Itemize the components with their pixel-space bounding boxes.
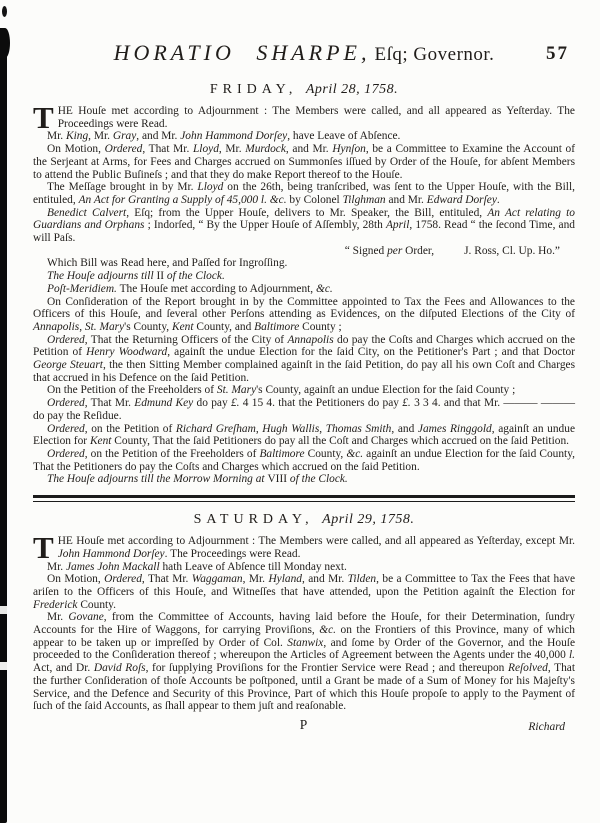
text-run: An Act for Granting a Supply of 45,000 l… (79, 194, 287, 206)
text-run: The Meſſage brought in by Mr. (47, 181, 197, 193)
text-run: , Mr. (88, 130, 113, 142)
catchword: Richard (528, 721, 565, 733)
committee-tax-fees: On Motion, Ordered, That Mr. Waggaman, M… (33, 573, 575, 611)
text-run: St. Mary (85, 321, 124, 333)
text-run: l. (569, 649, 575, 661)
text-run: , and Mr. (302, 573, 348, 585)
text-run: Frederick (33, 599, 77, 611)
text-run: Annapolis (33, 321, 79, 333)
order-baltimore-county: Ordered, on the Petition of the Freehold… (33, 448, 575, 473)
text-run: Lloyd (193, 143, 219, 155)
scan-gutter-shadow (0, 30, 7, 823)
text-run: , on the Petition of the Freeholders of (85, 448, 260, 460)
order-kent-county: Ordered, on the Petition of Richard Greſ… (33, 423, 575, 448)
text-run: 4 15 4. that the Petitioners do pay (239, 397, 402, 409)
text-run: Kent (172, 321, 194, 333)
page-number: 57 (546, 43, 569, 65)
text-run: John Hammond Dorſey (58, 548, 165, 560)
text-run: 's County, (124, 321, 172, 333)
text-run: Baltimore (254, 321, 299, 333)
text-run: Annapolis (287, 334, 333, 346)
governor-name: HORATIO SHARPE, (114, 40, 371, 65)
scan-ink-blot (0, 28, 10, 58)
text-run: Govane (68, 611, 103, 623)
text-run: , That Mr. (142, 143, 193, 155)
order-edmund-key: Ordered, That Mr. Edmund Key do pay £. 4… (33, 397, 575, 422)
text-run: , on the Petition of (85, 423, 176, 435)
calvert-bill-delivery: Benedict Calvert, Eſq; from the Upper Ho… (33, 207, 575, 245)
text-run: David Roſs (94, 662, 146, 674)
text-run: On Conſideration of the Report brought i… (33, 296, 575, 321)
text-run: , Eſq; from the Upper Houſe, delivers to… (126, 207, 487, 219)
text-run: ; Indorſed, “ By the Upper Houſe of Aſſe… (144, 219, 385, 231)
document-page: HORATIO SHARPE,Eſq; Governor. 57 FRIDAY,… (0, 0, 600, 823)
text-run: County. (77, 599, 116, 611)
text-run: 's County, againſt an undue Election for… (256, 384, 515, 396)
text-run: Henry Woodward (86, 346, 167, 358)
mackall-leave: Mr. James John Mackall hath Leave of Abſ… (33, 561, 575, 574)
text-run: April (386, 219, 409, 231)
text-run: Mr. (47, 561, 66, 573)
text-run: Thomas Smith (326, 423, 392, 435)
text-run: , That the Returning Officers of the Cit… (85, 334, 288, 346)
message-upper-house: The Meſſage brought in by Mr. Lloyd on t… (33, 181, 575, 206)
signature-mark: P (33, 717, 575, 733)
text-run: Ordered (47, 448, 85, 460)
opening-paragraph: THE Houſe met according to Adjournment :… (33, 535, 575, 560)
text-run: J. Ross, Cl. Up. Ho.” (464, 245, 560, 257)
text-run: George Steuart (33, 359, 103, 371)
text-run: County, (305, 448, 347, 460)
text-run: James John Mackall (66, 561, 160, 573)
committee-serjeant-accounts: On Motion, Ordered, That Mr. Lloyd, Mr. … (33, 143, 575, 181)
text-run: Benedict Calvert (47, 207, 126, 219)
text-run: of the Clock. (164, 270, 225, 282)
adjourn-till-two: The Houſe adjourns till II of the Clock. (33, 270, 575, 283)
text-run: Reſolved (508, 662, 548, 674)
section-divider-rule (33, 495, 575, 502)
text-run: Hyland (268, 573, 302, 585)
text-run: Baltimore (259, 448, 304, 460)
text-run: Ordered (47, 397, 85, 409)
text-run: John Hammond Dorſey (180, 130, 287, 142)
day-heading-saturday: SATURDAY, April 29, 1758. (33, 512, 575, 528)
day-name: SATURDAY, (194, 512, 314, 527)
text-run: , That Mr. (142, 573, 192, 585)
text-run: Murdock (245, 143, 286, 155)
text-run: HE Houſe met according to Adjournment : … (58, 535, 575, 547)
text-run: , have Leave of Abſence. (287, 130, 400, 142)
saturday-body: THE Houſe met according to Adjournment :… (33, 535, 575, 713)
text-run: do pay (193, 397, 231, 409)
text-run: &c. (319, 624, 336, 636)
text-run: of the Clock. (287, 473, 348, 485)
text-run: , Mr. (243, 573, 269, 585)
text-run: Order, (402, 245, 434, 257)
text-run: , and Mr. (136, 130, 180, 142)
text-run: by Colonel (287, 194, 343, 206)
text-run: Poſt-Meridiem. (47, 283, 117, 295)
text-run: The Houſe adjourns till (47, 270, 156, 282)
text-run: County, That the ſaid Petitioners do pay… (111, 435, 569, 447)
signed-per-order: “ Signed per Order,J. Ross, Cl. Up. Ho.” (33, 245, 575, 258)
text-run: hath Leave of Abſence till Monday next. (160, 561, 347, 573)
running-header: HORATIO SHARPE,Eſq; Governor. 57 (33, 40, 575, 72)
text-run: £. (402, 397, 411, 409)
text-run: On the Petition of the Freeholders of (47, 384, 217, 396)
friday-body: THE Houſe met according to Adjournment :… (33, 105, 575, 486)
post-meridiem: Poſt-Meridiem. The Houſe met according t… (33, 283, 575, 296)
text-run: On Motion, (47, 573, 104, 585)
governor-title: Eſq; Governor. (375, 44, 495, 65)
text-run: Edward Dorſey (427, 194, 497, 206)
text-run: Ordered (47, 423, 85, 435)
text-run: James Ringgold (418, 423, 492, 435)
day-date: April 29, 1758. (322, 512, 414, 527)
text-run: Mr. (47, 130, 66, 142)
text-run: VIII (267, 473, 287, 485)
text-run: &c. (346, 448, 363, 460)
text-run: “ Signed (345, 245, 387, 257)
section-friday: FRIDAY, April 28, 1758. THE Houſe met ac… (33, 82, 575, 486)
text-run: Tilden (348, 573, 376, 585)
text-run: &c. (316, 283, 333, 295)
text-run: Hugh Wallis (262, 423, 319, 435)
order-annapolis-costs: Ordered, That the Returning Officers of … (33, 334, 575, 385)
section-saturday: SATURDAY, April 29, 1758. THE Houſe met … (33, 512, 575, 713)
text-run: , the then Sitting Member complained aga… (33, 359, 575, 384)
day-name: FRIDAY, (210, 82, 298, 97)
text-run: County ; (299, 321, 341, 333)
text-run: and Mr. (386, 194, 427, 206)
text-run: Which Bill was Read here, and Paſſed for… (47, 257, 287, 269)
scan-corner-blot (2, 6, 7, 17)
text-run: Waggaman (192, 573, 243, 585)
adjourn-till-morrow: The Houſe adjourns till the Morrow Morni… (33, 473, 575, 486)
leave-of-absence: Mr. King, Mr. Gray, and Mr. John Hammond… (33, 130, 575, 143)
text-run: Act, and Dr. (33, 662, 94, 674)
text-run: Richard Greſham (176, 423, 256, 435)
text-run: II (156, 270, 164, 282)
text-run: Mr. (47, 611, 68, 623)
report-fees-allowances: On Conſideration of the Report brought i… (33, 296, 575, 334)
text-run: , againſt the undue Election for the ſai… (167, 346, 575, 358)
petition-st-marys: On the Petition of the Freeholders of St… (33, 384, 575, 397)
page-footer: P Richard (33, 717, 575, 739)
text-run: St. Mary (217, 384, 256, 396)
text-run: Gray (113, 130, 136, 142)
day-date: April 28, 1758. (306, 82, 398, 97)
drop-cap: T (33, 105, 58, 130)
text-run: per (387, 245, 402, 257)
text-run: , for ſupplying Proviſions for the Front… (146, 662, 508, 674)
text-run: , and (391, 423, 418, 435)
text-run: On Motion, (47, 143, 105, 155)
text-run: . The Proceedings were Read. (165, 548, 301, 560)
text-run: Kent (90, 435, 112, 447)
text-run: County, and (194, 321, 255, 333)
text-run: Ordered (105, 143, 143, 155)
opening-paragraph: THE Houſe met according to Adjournment :… (33, 105, 575, 130)
text-run: . (497, 194, 500, 206)
bill-ingrossing: Which Bill was Read here, and Paſſed for… (33, 257, 575, 270)
govane-accounts: Mr. Govane, from the Committee of Accoun… (33, 611, 575, 713)
text-run: Ordered (104, 573, 142, 585)
day-heading-friday: FRIDAY, April 28, 1758. (33, 82, 575, 98)
text-run: , Mr. (219, 143, 245, 155)
text-run: Edmund Key (134, 397, 193, 409)
text-run: Tilghman (343, 194, 386, 206)
text-run: Stanwix (287, 637, 323, 649)
text-run: Lloyd (197, 181, 223, 193)
text-run: , That Mr. (85, 397, 135, 409)
page-content: HORATIO SHARPE,Eſq; Governor. 57 FRIDAY,… (33, 40, 575, 739)
text-run: HE Houſe met according to Adjournment : … (58, 105, 575, 130)
text-run: Hynſon (332, 143, 366, 155)
drop-cap: T (33, 535, 58, 560)
text-run: The Houſe met according to Adjournment, (117, 283, 316, 295)
text-run: Ordered (47, 334, 85, 346)
text-run: The Houſe adjourns till the Morrow Morni… (47, 473, 267, 485)
text-run: King (66, 130, 88, 142)
text-run: , and Mr. (286, 143, 332, 155)
